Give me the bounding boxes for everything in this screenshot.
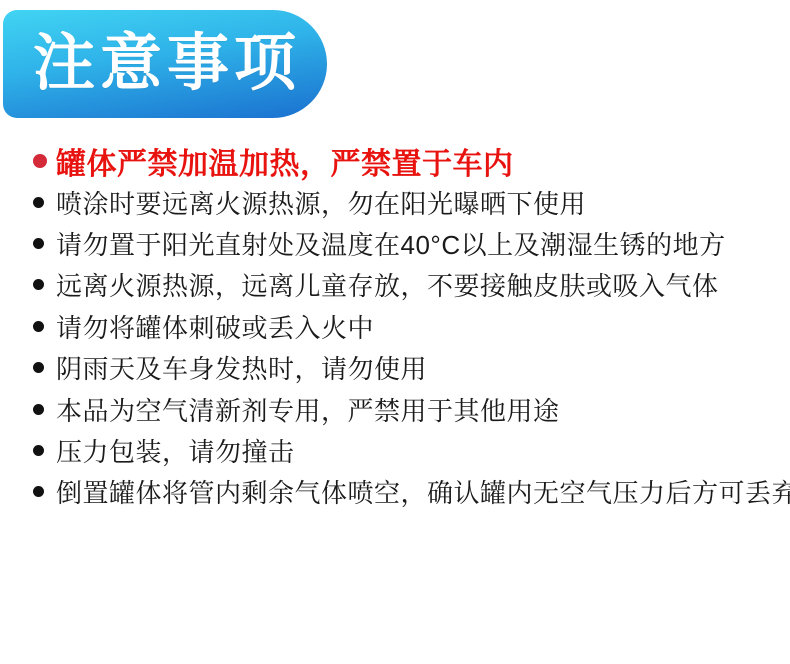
notice-item: 请勿置于阳光直射处及温度在40°C以上及潮湿生锈的地方 bbox=[33, 223, 787, 264]
notice-list: 罐体严禁加温加热，严禁置于车内 喷涂时要远离火源热源，勿在阳光曝晒下使用 请勿置… bbox=[33, 140, 787, 513]
notice-text: 远离火源热源，远离儿童存放，不要接触皮肤或吸入气体 bbox=[56, 266, 719, 303]
notice-item: 请勿将罐体刺破或丢入火中 bbox=[33, 306, 787, 347]
bullet-dot-icon bbox=[33, 445, 44, 456]
bullet-dot-icon bbox=[33, 197, 44, 208]
notice-item: 倒置罐体将管内剩余气体喷空，确认罐内无空气压力后方可丢弃 bbox=[33, 471, 787, 512]
notice-text: 本品为空气清新剂专用，严禁用于其他用途 bbox=[56, 391, 560, 428]
bullet-dot-icon bbox=[33, 321, 44, 332]
bullet-dot-icon bbox=[33, 362, 44, 373]
notice-item: 阴雨天及车身发热时，请勿使用 bbox=[33, 347, 787, 388]
notice-text: 请勿将罐体刺破或丢入火中 bbox=[56, 308, 374, 345]
bullet-dot-icon bbox=[33, 238, 44, 249]
notice-item: 喷涂时要远离火源热源，勿在阳光曝晒下使用 bbox=[33, 181, 787, 222]
notice-text: 罐体严禁加温加热，严禁置于车内 bbox=[56, 139, 514, 183]
notice-item: 远离火源热源，远离儿童存放，不要接触皮肤或吸入气体 bbox=[33, 264, 787, 305]
notice-text: 喷涂时要远离火源热源，勿在阳光曝晒下使用 bbox=[56, 184, 586, 221]
notice-text: 倒置罐体将管内剩余气体喷空，确认罐内无空气压力后方可丢弃 bbox=[56, 473, 790, 510]
bullet-dot-icon bbox=[33, 404, 44, 415]
notice-item: 压力包装，请勿撞击 bbox=[33, 430, 787, 471]
bullet-dot-icon bbox=[33, 154, 47, 168]
notice-text: 压力包装，请勿撞击 bbox=[56, 432, 295, 469]
bullet-dot-icon bbox=[33, 486, 44, 497]
notice-banner: 注意事项 bbox=[3, 10, 327, 118]
notice-page: 注意事项 罐体严禁加温加热，严禁置于车内 喷涂时要远离火源热源，勿在阳光曝晒下使… bbox=[0, 0, 790, 664]
bullet-dot-icon bbox=[33, 279, 44, 290]
notice-text: 请勿置于阳光直射处及温度在40°C以上及潮湿生锈的地方 bbox=[56, 225, 726, 262]
notice-text: 阴雨天及车身发热时，请勿使用 bbox=[56, 349, 427, 386]
notice-item: 本品为空气清新剂专用，严禁用于其他用途 bbox=[33, 388, 787, 429]
page-title: 注意事项 bbox=[29, 33, 301, 95]
notice-item-warning: 罐体严禁加温加热，严禁置于车内 bbox=[33, 140, 787, 181]
